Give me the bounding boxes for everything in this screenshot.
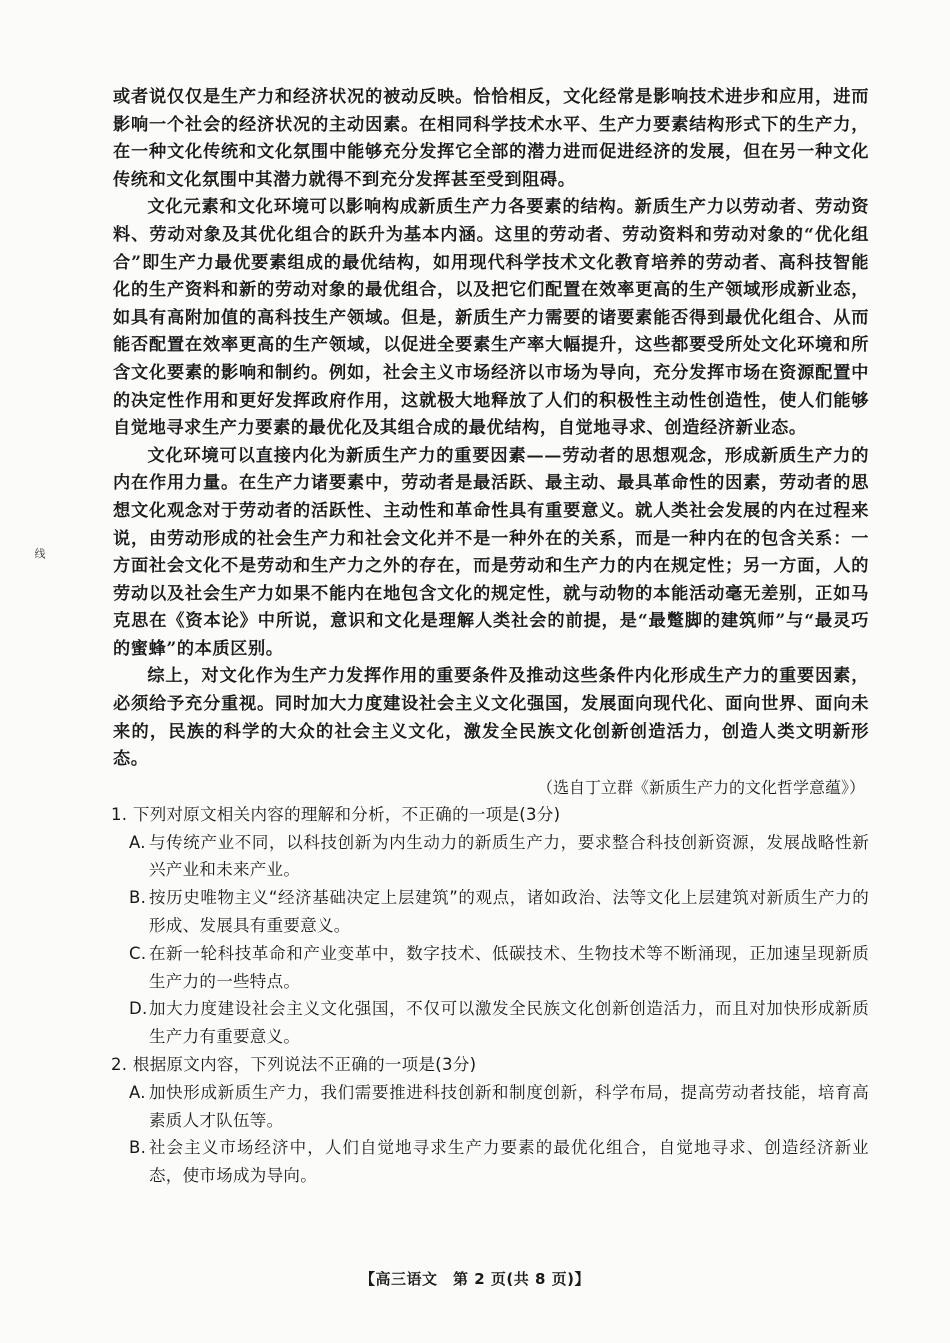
passage-paragraph-1: 或者说仅仅是生产力和经济状况的被动反映。恰恰相反，文化经常是影响技术进步和应用，… xyxy=(113,84,869,194)
option-label: B. xyxy=(129,884,149,940)
page-footer: 【高三语文 第 2 页(共 8 页)】 xyxy=(0,1268,950,1289)
passage-paragraph-2: 文化元素和文化环境可以影响构成新质生产力各要素的结构。新质生产力以劳动者、劳动资… xyxy=(113,194,869,442)
binding-margin-mark: 线 xyxy=(24,548,54,559)
option-label: A. xyxy=(129,1079,149,1135)
option-text: 与传统产业不同，以科技创新为内生动力的新质生产力，要求整合科技创新资源，发展战略… xyxy=(149,829,869,885)
option-c: C. 在新一轮科技革命和产业变革中，数字技术、低碳技术、生物技术等不断涌现，正加… xyxy=(129,940,869,996)
option-a: A. 与传统产业不同，以科技创新为内生动力的新质生产力，要求整合科技创新资源，发… xyxy=(129,829,869,885)
option-text: 社会主义市场经济中，人们自觉地寻求生产力要素的最优化组合，自觉地寻求、创造经济新… xyxy=(149,1134,869,1190)
passage-source: （选自丁立群《新质生产力的文化哲学意蕴》） xyxy=(113,774,869,801)
option-label: C. xyxy=(129,940,149,996)
option-b: B. 按历史唯物主义“经济基础决定上层建筑”的观点，诸如政治、法等文化上层建筑对… xyxy=(129,884,869,940)
reading-passage: 或者说仅仅是生产力和经济状况的被动反映。恰恰相反，文化经常是影响技术进步和应用，… xyxy=(113,84,869,801)
option-label: B. xyxy=(129,1134,149,1190)
option-b: B. 社会主义市场经济中，人们自觉地寻求生产力要素的最优化组合，自觉地寻求、创造… xyxy=(129,1134,869,1190)
option-a: A. 加快形成新质生产力，我们需要推进科技创新和制度创新，科学布局，提高劳动者技… xyxy=(129,1079,869,1135)
question-2: 2. 根据原文内容，下列说法不正确的一项是(3分) A. 加快形成新质生产力，我… xyxy=(113,1051,869,1190)
option-text: 加快形成新质生产力，我们需要推进科技创新和制度创新，科学布局，提高劳动者技能，培… xyxy=(149,1079,869,1135)
option-text: 加大力度建设社会主义文化强国，不仅可以激发全民族文化创新创造活力，而且对加快形成… xyxy=(149,995,869,1051)
option-label: A. xyxy=(129,829,149,885)
passage-paragraph-4: 综上，对文化作为生产力发挥作用的重要条件及推动这些条件内化形成生产力的重要因素，… xyxy=(113,663,869,773)
question-stem: 1. 下列对原文相关内容的理解和分析，不正确的一项是(3分) xyxy=(111,801,869,829)
passage-paragraph-3: 文化环境可以直接内化为新质生产力的重要因素——劳动者的思想观念，形成新质生产力的… xyxy=(113,443,869,664)
option-d: D. 加大力度建设社会主义文化强国，不仅可以激发全民族文化创新创造活力，而且对加… xyxy=(129,995,869,1051)
question-1: 1. 下列对原文相关内容的理解和分析，不正确的一项是(3分) A. 与传统产业不… xyxy=(113,801,869,1051)
option-text: 按历史唯物主义“经济基础决定上层建筑”的观点，诸如政治、法等文化上层建筑对新质生… xyxy=(149,884,869,940)
question-stem: 2. 根据原文内容，下列说法不正确的一项是(3分) xyxy=(111,1051,869,1079)
option-label: D. xyxy=(129,995,149,1051)
exam-page: 或者说仅仅是生产力和经济状况的被动反映。恰恰相反，文化经常是影响技术进步和应用，… xyxy=(113,84,869,1190)
option-text: 在新一轮科技革命和产业变革中，数字技术、低碳技术、生物技术等不断涌现，正加速呈现… xyxy=(149,940,869,996)
